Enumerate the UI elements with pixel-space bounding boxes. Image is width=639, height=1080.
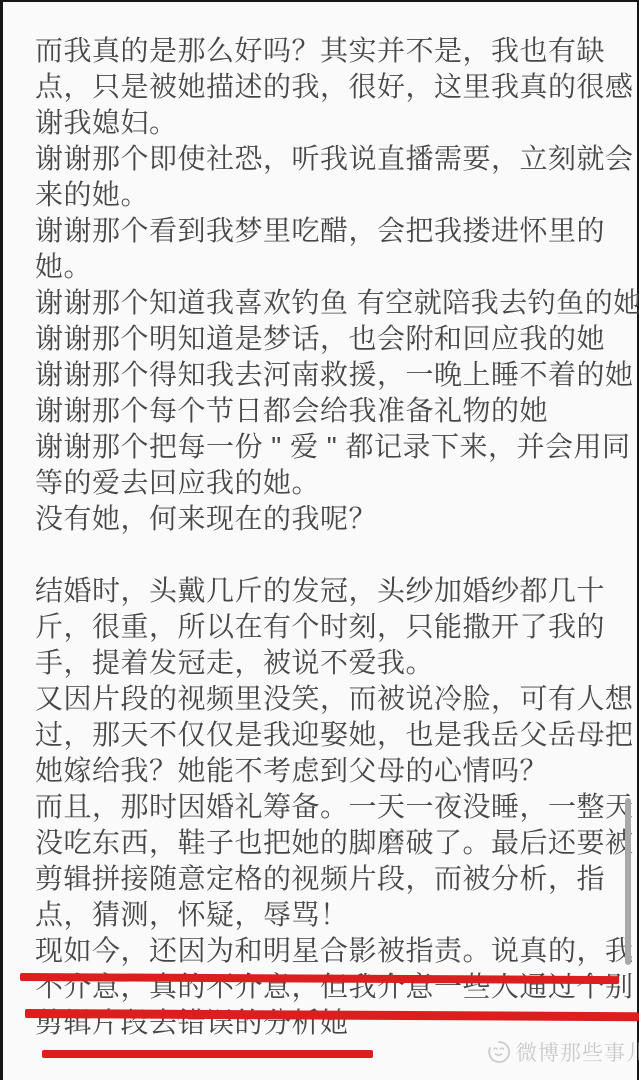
- scrollbar-thumb[interactable]: [625, 798, 631, 965]
- text-line: 现如今，还因为和明星合影被指责。说真的，我: [35, 933, 629, 969]
- text-line: 来的她。: [35, 177, 629, 213]
- text-line: 而我真的是那么好吗？其实并不是，我也有缺: [35, 33, 629, 69]
- text-line: 谢谢那个看到我梦里吃醋，会把我搂进怀里的: [35, 213, 629, 249]
- text-line: 她嫁给我？她能不考虑到父母的心情吗？: [35, 753, 629, 789]
- text-line: 点，猜测，怀疑，辱骂！: [35, 897, 629, 933]
- text-line: 等的爱去回应我的她。: [35, 465, 629, 501]
- text-line: 谢谢那个即使社恐，听我说直播需要，立刻就会: [35, 141, 629, 177]
- text-line: 剪辑拼接随意定格的视频片段，而被分析，指: [35, 861, 629, 897]
- text-line: 谢谢那个得知我去河南救援，一晚上睡不着的她: [35, 357, 629, 393]
- text-line: 谢谢那个明知道是梦话，也会附和回应我的她: [35, 321, 629, 357]
- text-line: 没吃东西，鞋子也把她的脚磨破了。最后还要被: [35, 825, 629, 861]
- text-body: 而我真的是那么好吗？其实并不是，我也有缺点，只是被她描述的我，很好，这里我真的很…: [35, 33, 629, 1041]
- red-underline: [42, 1050, 373, 1058]
- photo-edge-top: [0, 0, 639, 2]
- text-line: 而且，那时因婚礼筹备。一天一夜没睡，一整天: [35, 789, 629, 825]
- text-line: 点，只是被她描述的我，很好，这里我真的很感: [35, 69, 629, 105]
- text-line: 斤，很重，所以在有个时刻，只能撒开了我的: [35, 609, 629, 645]
- text-line: 手，提着发冠走，被说不爱我。: [35, 645, 629, 681]
- text-line: 谢谢那个每个节日都会给我准备礼物的她: [35, 393, 629, 429]
- text-line: [35, 537, 629, 573]
- text-line: 谢谢那个知道我喜欢钓鱼 有空就陪我去钓鱼的她: [35, 285, 629, 321]
- screenshot-page: 而我真的是那么好吗？其实并不是，我也有缺点，只是被她描述的我，很好，这里我真的很…: [0, 0, 639, 1080]
- text-line: 她。: [35, 249, 629, 285]
- text-line: 没有她，何来现在的我呢？: [35, 501, 629, 537]
- text-line: 谢谢那个把每一份 " 爱 " 都记录下来，并会用同: [35, 429, 629, 465]
- text-line: 结婚时，头戴几斤的发冠，头纱加婚纱都几十: [35, 573, 629, 609]
- text-line: 又因片段的视频里没笑，而被说冷脸，可有人想: [35, 681, 629, 717]
- text-line: 谢我媳妇。: [35, 105, 629, 141]
- photo-edge-left: [0, 0, 3, 1080]
- watermark-text: 微博那些事儿: [516, 1037, 639, 1067]
- watermark: 微博那些事儿: [486, 1037, 639, 1067]
- text-line: 过，那天不仅仅是我迎娶她，也是我岳父岳母把: [35, 717, 629, 753]
- winking-face-icon: [486, 1039, 512, 1065]
